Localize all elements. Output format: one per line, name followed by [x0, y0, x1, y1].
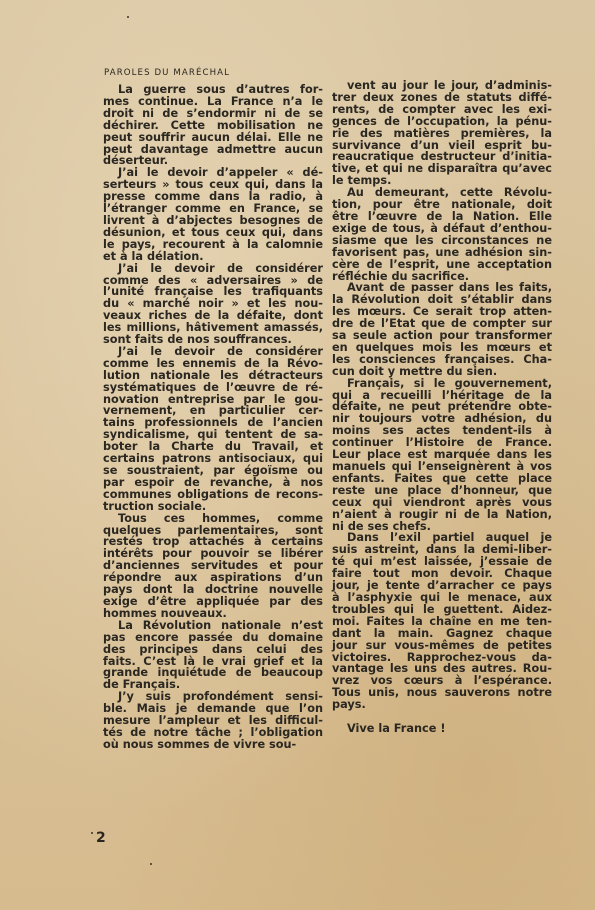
paragraph: Français, si le gouvernement,qui a recue… — [332, 378, 552, 533]
text-line: rie des matières premières, la — [332, 128, 552, 140]
text-line: Français, si le gouvernement, — [332, 378, 552, 390]
paragraph: J’y suis profondément sensi-ble. Mais je… — [103, 691, 323, 751]
text-line: cun doit y mettre du sien. — [332, 366, 552, 378]
text-line: lution nationale les détracteurs — [103, 370, 323, 382]
paragraph: J’ai le devoir de considérercomme les en… — [103, 346, 323, 513]
text-line: J’ai le devoir de considérer — [103, 263, 323, 275]
text-line: comme les ennemis de la Révo- — [103, 358, 323, 370]
text-line: truction sociale. — [103, 501, 323, 513]
text-line: hommes nouveaux. — [103, 608, 323, 620]
text-line: jour sur vous-mêmes de petites — [332, 640, 552, 652]
text-line: peut souffrir aucun délai. Elle ne — [103, 132, 323, 144]
text-line: systématiques de l’œuvre de ré- — [103, 382, 323, 394]
right-column: vent au jour le jour, d’adminis-trer deu… — [332, 80, 552, 735]
text-line: Tous ces hommes, comme — [103, 513, 323, 525]
text-line: gences de l’occupation, la pénu- — [332, 116, 552, 128]
paragraph: Au demeurant, cette Révolu-tion, pour êt… — [332, 187, 552, 282]
running-head: PAROLES DU MARÉCHAL — [104, 68, 230, 78]
text-line: cère de l’esprit, une acceptation — [332, 259, 552, 271]
text-line: reste une place d’honneur, que — [332, 485, 552, 497]
paragraph: J’ai le devoir d’appeler « dé-serteurs »… — [103, 167, 323, 262]
text-line: troubles qui le guettent. Aidez- — [332, 604, 552, 616]
text-line: ceux qui viendront après vous — [332, 497, 552, 509]
text-line: les consciences françaises. Cha- — [332, 354, 552, 366]
text-line: déchirer. Cette mobilisation ne — [103, 120, 323, 132]
text-line: désunion, et tous ceux qui, dans — [103, 227, 323, 239]
text-line: exige de tous, à défaut d’enthou- — [332, 223, 552, 235]
left-column: La guerre sous d’autres for-mes continue… — [103, 84, 323, 751]
paragraph: Tous ces hommes, commequelques parlement… — [103, 513, 323, 620]
text-line: moi. Faites la chaîne en me ten- — [332, 616, 552, 628]
paragraph: Dans l’exil partiel auquel jesuis astrei… — [332, 532, 552, 711]
closing-line: Vive la France ! — [332, 723, 552, 735]
text-line: n’aient à rougir ni de la Nation, — [332, 509, 552, 521]
text-line: droit ni de s’endormir ni de se — [103, 108, 323, 120]
text-line: pas encore passée du domaine — [103, 632, 323, 644]
paper-speck — [127, 16, 129, 18]
text-line: dant la main. Gagnez chaque — [332, 628, 552, 640]
paragraph: La guerre sous d’autres for-mes continue… — [103, 84, 323, 167]
book-page: PAROLES DU MARÉCHAL La guerre sous d’aut… — [0, 0, 595, 910]
text-line: rents, de compter avec les exi- — [332, 104, 552, 116]
text-line: pays. — [332, 699, 552, 711]
text-line: favorisent pas, une adhésion sin- — [332, 247, 552, 259]
text-line: communes obligations de recons- — [103, 489, 323, 501]
text-line: le pays, recourent à la calomnie — [103, 239, 323, 251]
text-line: La Révolution nationale n’est — [103, 620, 323, 632]
paragraph: vent au jour le jour, d’adminis-trer deu… — [332, 80, 552, 187]
paragraph: J’ai le devoir de considérercomme des « … — [103, 263, 323, 346]
text-line: des principes dans celui des — [103, 644, 323, 656]
paper-speck — [91, 832, 93, 834]
paper-speck — [150, 863, 152, 865]
page-number: 2 — [96, 830, 106, 846]
text-line: et à la délation. — [103, 251, 323, 263]
paragraph: La Révolution nationale n’estpas encore … — [103, 620, 323, 691]
paragraph: Avant de passer dans les faits,la Révolu… — [332, 282, 552, 377]
text-line: siasme que les circonstances ne — [332, 235, 552, 247]
text-line: où nous sommes de vivre sou- — [103, 739, 323, 751]
